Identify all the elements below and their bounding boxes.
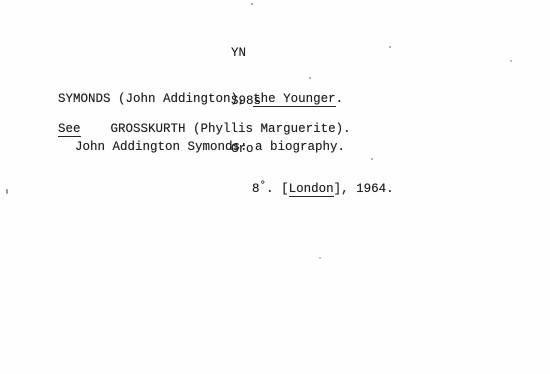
scan-speck — [251, 3, 253, 5]
see-reference-target: GROSSKURTH (Phyllis Marguerite). — [81, 122, 351, 136]
degree-symbol: ° — [260, 178, 267, 194]
scan-speck — [510, 60, 512, 62]
call-number-line-1: YN — [231, 45, 261, 61]
catalogue-card: YN S98s Gro SYMONDS (John Addington), th… — [0, 0, 550, 374]
heading-full-stop: . — [336, 92, 344, 106]
title-line: John Addington Symonds: a biography. — [75, 139, 345, 155]
imprint-line: 8°. [London], 1964. — [222, 165, 394, 214]
scan-speck — [389, 46, 391, 48]
see-word-underlined: See — [58, 122, 81, 137]
format-numeral: 8 — [252, 182, 260, 196]
scan-speck — [309, 77, 311, 79]
heading-name: SYMONDS (John Addington), — [58, 92, 253, 106]
imprint-place-underlined: London — [289, 182, 334, 197]
scan-speck — [319, 257, 321, 259]
imprint-date: ], 1964. — [334, 182, 394, 196]
imprint-bracket-open: . [ — [266, 182, 289, 196]
scan-speck — [6, 189, 8, 194]
scan-speck — [371, 158, 373, 160]
